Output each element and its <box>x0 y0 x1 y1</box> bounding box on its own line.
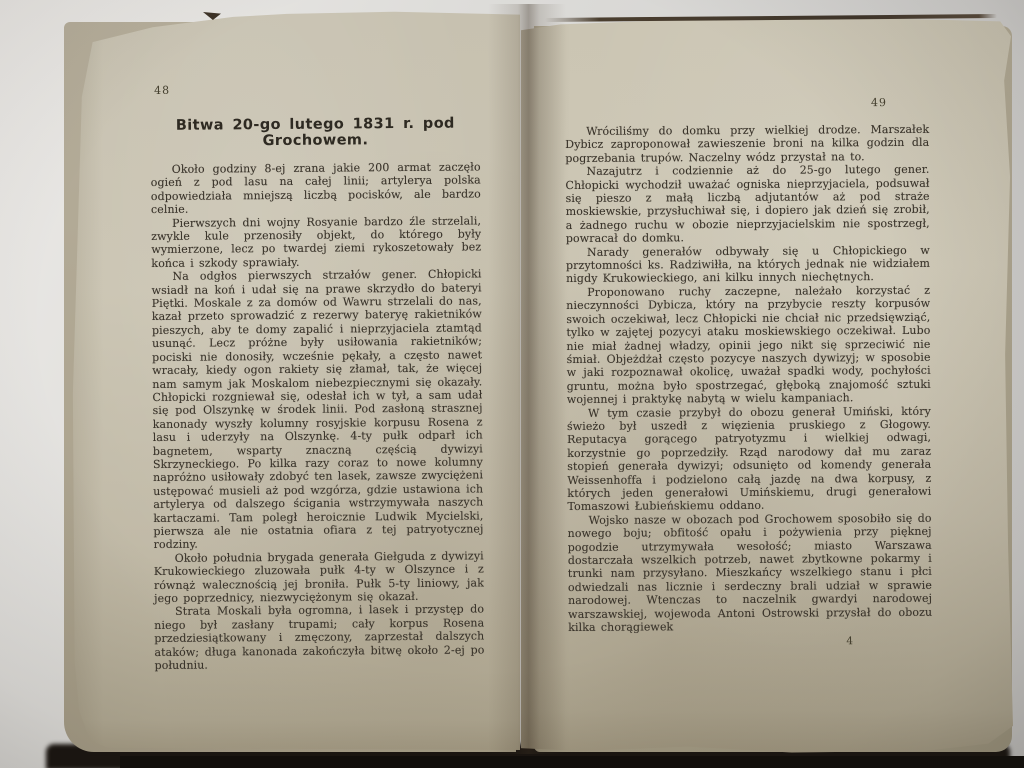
book-bottom-shadow-dark <box>120 756 1024 768</box>
page-number-right: 49 <box>565 96 929 111</box>
paragraph: Na odgłos pierwszych strzałów gener. Chł… <box>151 268 483 552</box>
left-page: 48 Bitwa 20-go lutego 1831 r. pod Grocho… <box>72 8 520 750</box>
paragraph: Proponowano ruchy zaczepne, należało kor… <box>566 284 931 407</box>
paragraph: Około godziny 8-ej zrana jakie 200 armat… <box>151 160 481 216</box>
paragraph: Nazajutrz i codziennie aż do 25-go luteg… <box>565 163 929 246</box>
paragraph: W tym czasie przybył do obozu generał Um… <box>567 404 932 513</box>
paragraph: Wróciliśmy do domku przy wielkiej drodze… <box>565 123 929 165</box>
right-page-text: Wróciliśmy do domku przy wielkiej drodze… <box>565 123 932 635</box>
signature-mark: 4 <box>568 635 932 649</box>
open-book-photo: 48 Bitwa 20-go lutego 1831 r. pod Grocho… <box>0 0 1024 768</box>
paragraph: Wojsko nasze w obozach pod Grochowem spo… <box>568 512 933 635</box>
left-page-text: Około godziny 8-ej zrana jakie 200 armat… <box>151 160 485 672</box>
right-page-content: 49 Wróciliśmy do domku przy wielkiej dro… <box>565 96 932 650</box>
left-page-content: 48 Bitwa 20-go lutego 1831 r. pod Grocho… <box>150 81 485 672</box>
paragraph: Pierwszych dni wojny Rosyanie bardzo źle… <box>151 214 481 270</box>
paragraph: Narady generałów odbywały się u Chłopick… <box>566 243 930 285</box>
left-page-tear <box>203 12 221 20</box>
chapter-title: Bitwa 20-go lutego 1831 r. pod Grochowem… <box>150 115 480 150</box>
page-number-left: 48 <box>150 81 480 97</box>
paragraph: Strata Moskali była ogromna, i lasek i p… <box>154 603 485 673</box>
right-page: 49 Wróciliśmy do domku przy wielkiej dro… <box>521 14 1013 754</box>
paragraph: Około południa brygada generała Giełguda… <box>154 549 484 605</box>
